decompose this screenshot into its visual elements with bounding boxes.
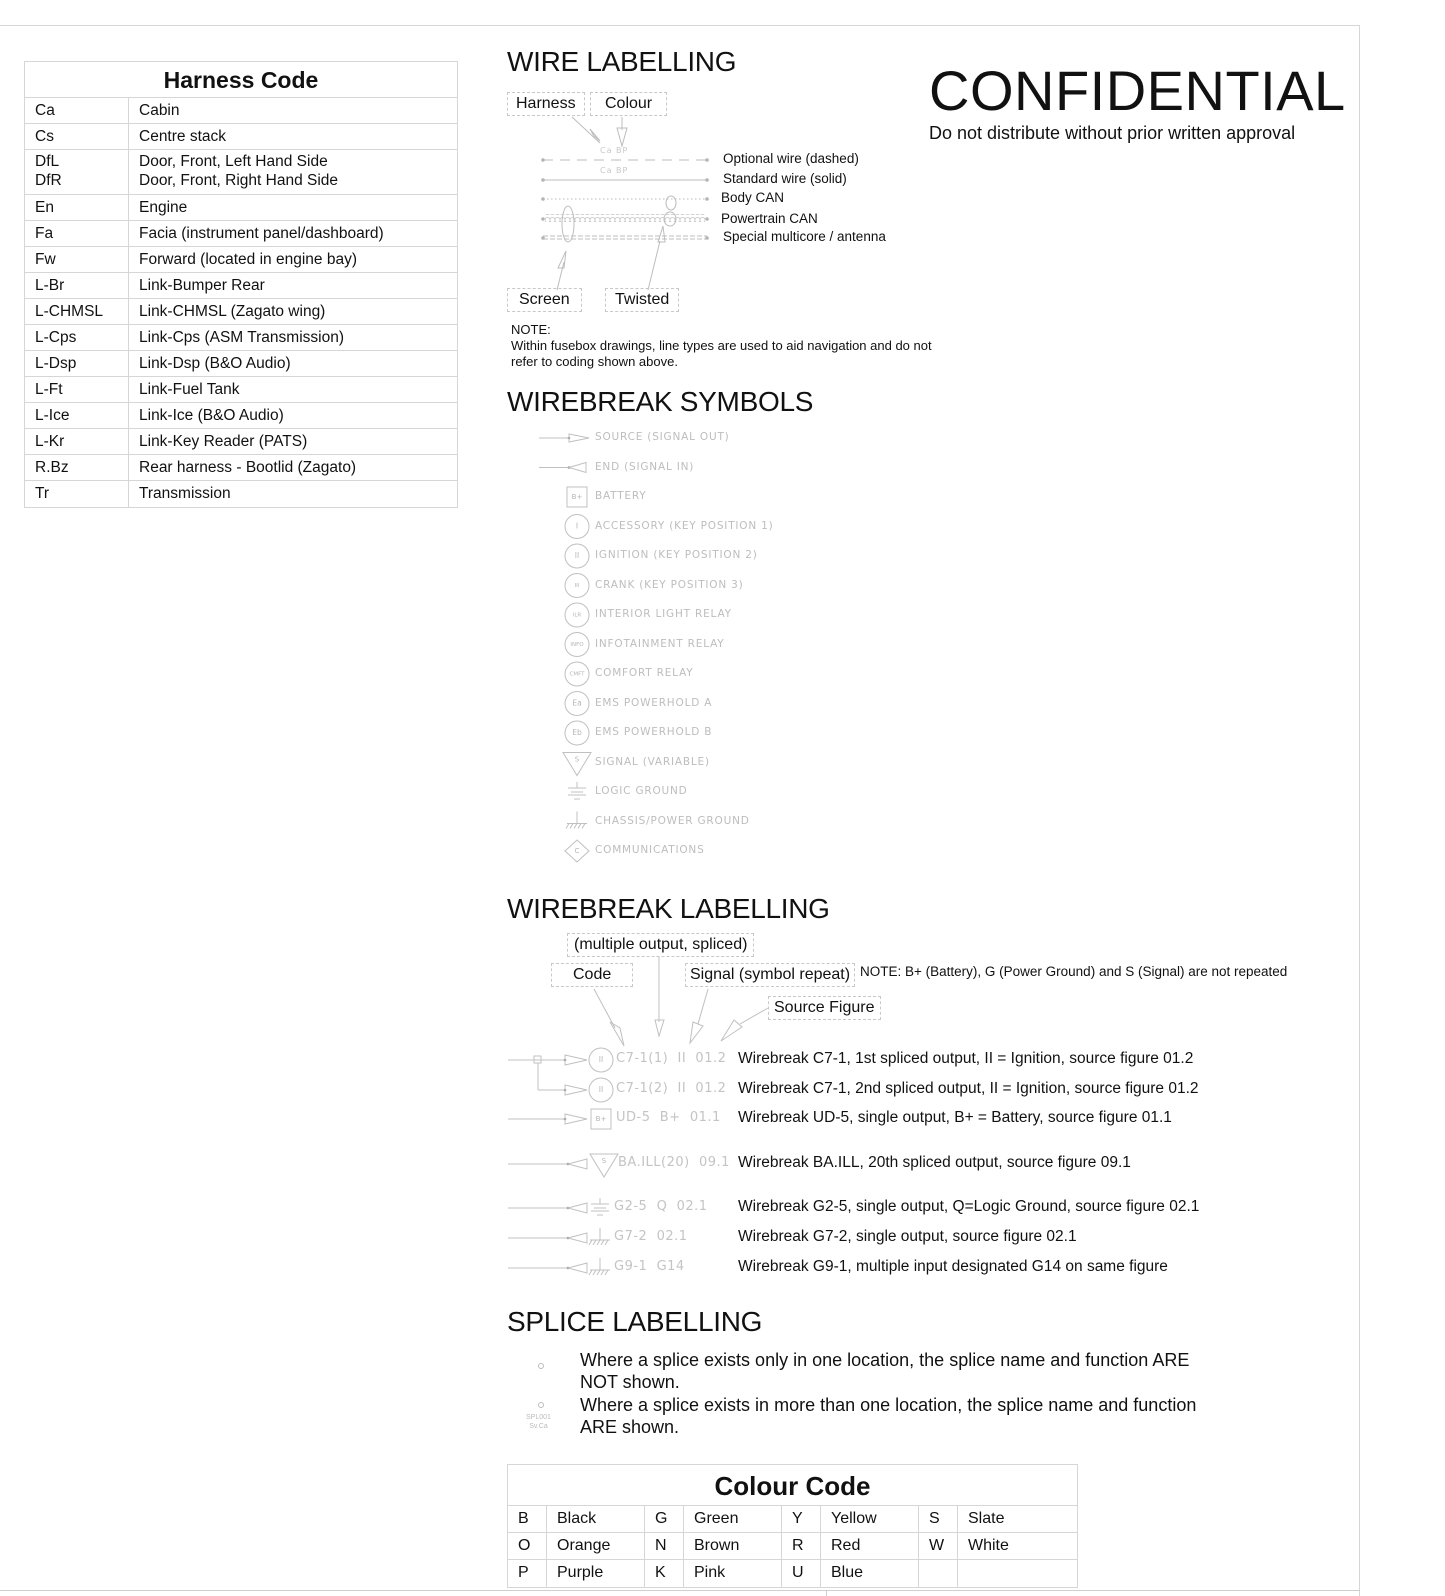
colour-name: Orange (547, 1533, 645, 1559)
confidential-title: CONFIDENTIAL (929, 58, 1346, 123)
colour-letter: W (919, 1533, 958, 1559)
harness-desc: Cabin (129, 98, 457, 123)
table-row: L-IceLink-Ice (B&O Audio) (25, 403, 457, 429)
harness-desc: Forward (located in engine bay) (129, 247, 457, 272)
colour-code-title: Colour Code (508, 1465, 1077, 1506)
table-row: FaFacia (instrument panel/dashboard) (25, 221, 457, 247)
wirebreak-symbol-label: IGNITION (KEY POSITION 2) (595, 549, 758, 561)
splice-function: Sv.Ca (526, 1422, 551, 1431)
harness-code-title: Harness Code (25, 62, 457, 98)
wirebreak-symbol-label: EMS POWERHOLD B (595, 726, 712, 738)
legend-special-multicore: Special multicore / antenna (723, 229, 886, 244)
wirebreak-example-description: Wirebreak G2-5, single output, Q=Logic G… (738, 1198, 1199, 1216)
harness-desc: Link-Fuel Tank (129, 377, 457, 402)
table-row: PPurpleKPinkUBlue (508, 1560, 1077, 1587)
confidential-subtitle: Do not distribute without prior written … (929, 123, 1295, 144)
colour-letter: U (782, 1560, 821, 1587)
harness-desc: Facia (instrument panel/dashboard) (129, 221, 457, 246)
table-row: DfLDfR Door, Front, Left Hand SideDoor, … (25, 150, 457, 195)
twisted-label-box: Twisted (605, 288, 679, 312)
harness-desc: Link-Bumper Rear (129, 273, 457, 298)
harness-code: Fa (25, 221, 129, 246)
harness-code: L-CHMSL (25, 299, 129, 324)
colour-letter: Y (782, 1506, 821, 1532)
harness-desc: Transmission (129, 481, 457, 507)
colour-name (958, 1560, 1077, 1587)
wirebreak-symbol-label: INTERIOR LIGHT RELAY (595, 608, 732, 620)
splice-name: SPL001 (526, 1413, 551, 1422)
wirebreak-symbol-label: INFOTAINMENT RELAY (595, 638, 725, 650)
wire-sample-label: Ca BP (600, 166, 628, 175)
harness-desc-a: Door, Front, Left Hand Side (139, 152, 447, 171)
splice-note-single: Where a splice exists only in one locati… (580, 1349, 1200, 1393)
wirebreak-symbol-label: END (SIGNAL IN) (595, 461, 694, 473)
harness-code: Cs (25, 124, 129, 149)
harness-desc: Rear harness - Bootlid (Zagato) (129, 455, 457, 480)
colour-letter (919, 1560, 958, 1587)
colour-letter: N (645, 1533, 684, 1559)
colour-letter: G (645, 1506, 684, 1532)
title-block-divider (826, 1590, 827, 1596)
harness-desc-b: Door, Front, Right Hand Side (139, 171, 447, 190)
wirebreak-example-description: Wirebreak G9-1, multiple input designate… (738, 1258, 1168, 1276)
legend-standard-wire: Standard wire (solid) (723, 171, 847, 186)
wirebreak-symbol-label: CHASSIS/POWER GROUND (595, 815, 750, 827)
harness-desc: Door, Front, Left Hand SideDoor, Front, … (129, 150, 457, 194)
wirebreak-symbol-label: EMS POWERHOLD A (595, 697, 712, 709)
colour-letter: P (508, 1560, 547, 1587)
harness-desc: Link-Ice (B&O Audio) (129, 403, 457, 428)
wirebreak-example-description: Wirebreak C7-1, 2nd spliced output, II =… (738, 1080, 1199, 1098)
wire-labelling-note: NOTE: Within fusebox drawings, line type… (511, 322, 951, 370)
wirebreak-symbol-label: COMFORT RELAY (595, 667, 693, 679)
colour-name: Purple (547, 1560, 645, 1587)
splice-labelling-heading: SPLICE LABELLING (507, 1306, 762, 1338)
legend-body-can: Body CAN (721, 190, 784, 205)
colour-name: Blue (821, 1560, 919, 1587)
legend-optional-wire: Optional wire (dashed) (723, 151, 859, 166)
colour-name: Red (821, 1533, 919, 1559)
table-row: L-DspLink-Dsp (B&O Audio) (25, 351, 457, 377)
harness-code: Ca (25, 98, 129, 123)
table-row: L-FtLink-Fuel Tank (25, 377, 457, 403)
wirebreak-example-description: Wirebreak C7-1, 1st spliced output, II =… (738, 1050, 1193, 1068)
signal-label-box: Signal (symbol repeat) (685, 963, 855, 987)
multiple-output-label-box: (multiple output, spliced) (567, 933, 754, 957)
harness-code: L-Kr (25, 429, 129, 454)
wirebreak-code-sample: C7-1(2) II 01.2 (616, 1081, 726, 1096)
wirebreak-symbol-label: COMMUNICATIONS (595, 844, 705, 856)
wirebreak-symbol-label: ACCESSORY (KEY POSITION 1) (595, 520, 774, 532)
harness-code: En (25, 195, 129, 220)
splice-name-label: SPL001 Sv.Ca (526, 1413, 551, 1431)
harness-code: L-Br (25, 273, 129, 298)
harness-code: Fw (25, 247, 129, 272)
wirebreak-symbol-label: SIGNAL (VARIABLE) (595, 756, 710, 768)
wirebreak-example-description: Wirebreak BA.ILL, 20th spliced output, s… (738, 1154, 1131, 1172)
wirebreak-symbols-heading: WIREBREAK SYMBOLS (507, 386, 813, 418)
wirebreak-labelling-heading: WIREBREAK LABELLING (507, 893, 830, 925)
table-row: OOrangeNBrownRRedWWhite (508, 1533, 1077, 1560)
harness-desc: Link-Cps (ASM Transmission) (129, 325, 457, 350)
harness-code: L-Cps (25, 325, 129, 350)
wire-sample-label: Ca BP (600, 146, 628, 155)
source-figure-label-box: Source Figure (768, 996, 881, 1020)
wirebreak-code-sample: G2-5 Q 02.1 (614, 1199, 708, 1214)
wirebreak-code-sample: BA.ILL(20) 09.1 (618, 1155, 730, 1170)
wirebreak-symbol-label: SOURCE (SIGNAL OUT) (595, 431, 730, 443)
screen-label-box: Screen (507, 288, 582, 312)
wirebreak-example-description: Wirebreak UD-5, single output, B+ = Batt… (738, 1109, 1172, 1127)
table-row: EnEngine (25, 195, 457, 221)
colour-name: White (958, 1533, 1077, 1559)
colour-name: Brown (684, 1533, 782, 1559)
table-row: R.BzRear harness - Bootlid (Zagato) (25, 455, 457, 481)
harness-desc: Link-Dsp (B&O Audio) (129, 351, 457, 376)
harness-code: L-Ice (25, 403, 129, 428)
harness-code: L-Ft (25, 377, 129, 402)
harness-desc: Engine (129, 195, 457, 220)
note-text: Within fusebox drawings, line types are … (511, 338, 951, 370)
table-row: L-CpsLink-Cps (ASM Transmission) (25, 325, 457, 351)
wirebreak-note: NOTE: B+ (Battery), G (Power Ground) and… (860, 964, 1287, 979)
title-block-edge (0, 1590, 1360, 1591)
table-row: FwForward (located in engine bay) (25, 247, 457, 273)
splice-note-multiple: Where a splice exists in more than one l… (580, 1394, 1200, 1438)
harness-code-table: Harness Code CaCabin CsCentre stack DfLD… (24, 61, 458, 508)
colour-name: Green (684, 1506, 782, 1532)
table-row: L-KrLink-Key Reader (PATS) (25, 429, 457, 455)
code-label-box: Code (551, 963, 633, 987)
colour-name: Black (547, 1506, 645, 1532)
colour-letter: B (508, 1506, 547, 1532)
harness-desc: Link-Key Reader (PATS) (129, 429, 457, 454)
table-row: CsCentre stack (25, 124, 457, 150)
wirebreak-code-sample: G9-1 G14 (614, 1259, 685, 1274)
colour-name: Slate (958, 1506, 1077, 1532)
wirebreak-code-sample: G7-2 02.1 (614, 1229, 688, 1244)
colour-letter: S (919, 1506, 958, 1532)
table-row: CaCabin (25, 98, 457, 124)
colour-name: Pink (684, 1560, 782, 1587)
colour-name: Yellow (821, 1506, 919, 1532)
harness-code-a: DfL (35, 152, 118, 171)
wirebreak-symbol-label: BATTERY (595, 490, 647, 502)
wirebreak-symbol-label: CRANK (KEY POSITION 3) (595, 579, 744, 591)
table-row: BBlackGGreenYYellowSSlate (508, 1506, 1077, 1533)
wirebreak-symbol-label: LOGIC GROUND (595, 785, 688, 797)
colour-letter: O (508, 1533, 547, 1559)
table-row: TrTransmission (25, 481, 457, 507)
harness-code: DfLDfR (25, 150, 129, 194)
wirebreak-code-sample: UD-5 B+ 01.1 (616, 1110, 721, 1125)
harness-desc: Centre stack (129, 124, 457, 149)
harness-code-b: DfR (35, 171, 118, 190)
harness-code: Tr (25, 481, 129, 507)
harness-code: L-Dsp (25, 351, 129, 376)
colour-code-table: Colour Code BBlackGGreenYYellowSSlateOOr… (507, 1464, 1078, 1588)
legend-powertrain-can: Powertrain CAN (721, 211, 818, 226)
wirebreak-code-sample: C7-1(1) II 01.2 (616, 1051, 726, 1066)
wirebreak-example-description: Wirebreak G7-2, single output, source fi… (738, 1228, 1077, 1246)
harness-code: R.Bz (25, 455, 129, 480)
colour-letter: K (645, 1560, 684, 1587)
colour-label-box: Colour (590, 92, 667, 116)
harness-desc: Link-CHMSL (Zagato wing) (129, 299, 457, 324)
harness-label-box: Harness (507, 92, 585, 116)
wire-labelling-heading: WIRE LABELLING (507, 46, 736, 78)
table-row: L-BrLink-Bumper Rear (25, 273, 457, 299)
note-title: NOTE: (511, 322, 951, 338)
colour-letter: R (782, 1533, 821, 1559)
table-row: L-CHMSLLink-CHMSL (Zagato wing) (25, 299, 457, 325)
